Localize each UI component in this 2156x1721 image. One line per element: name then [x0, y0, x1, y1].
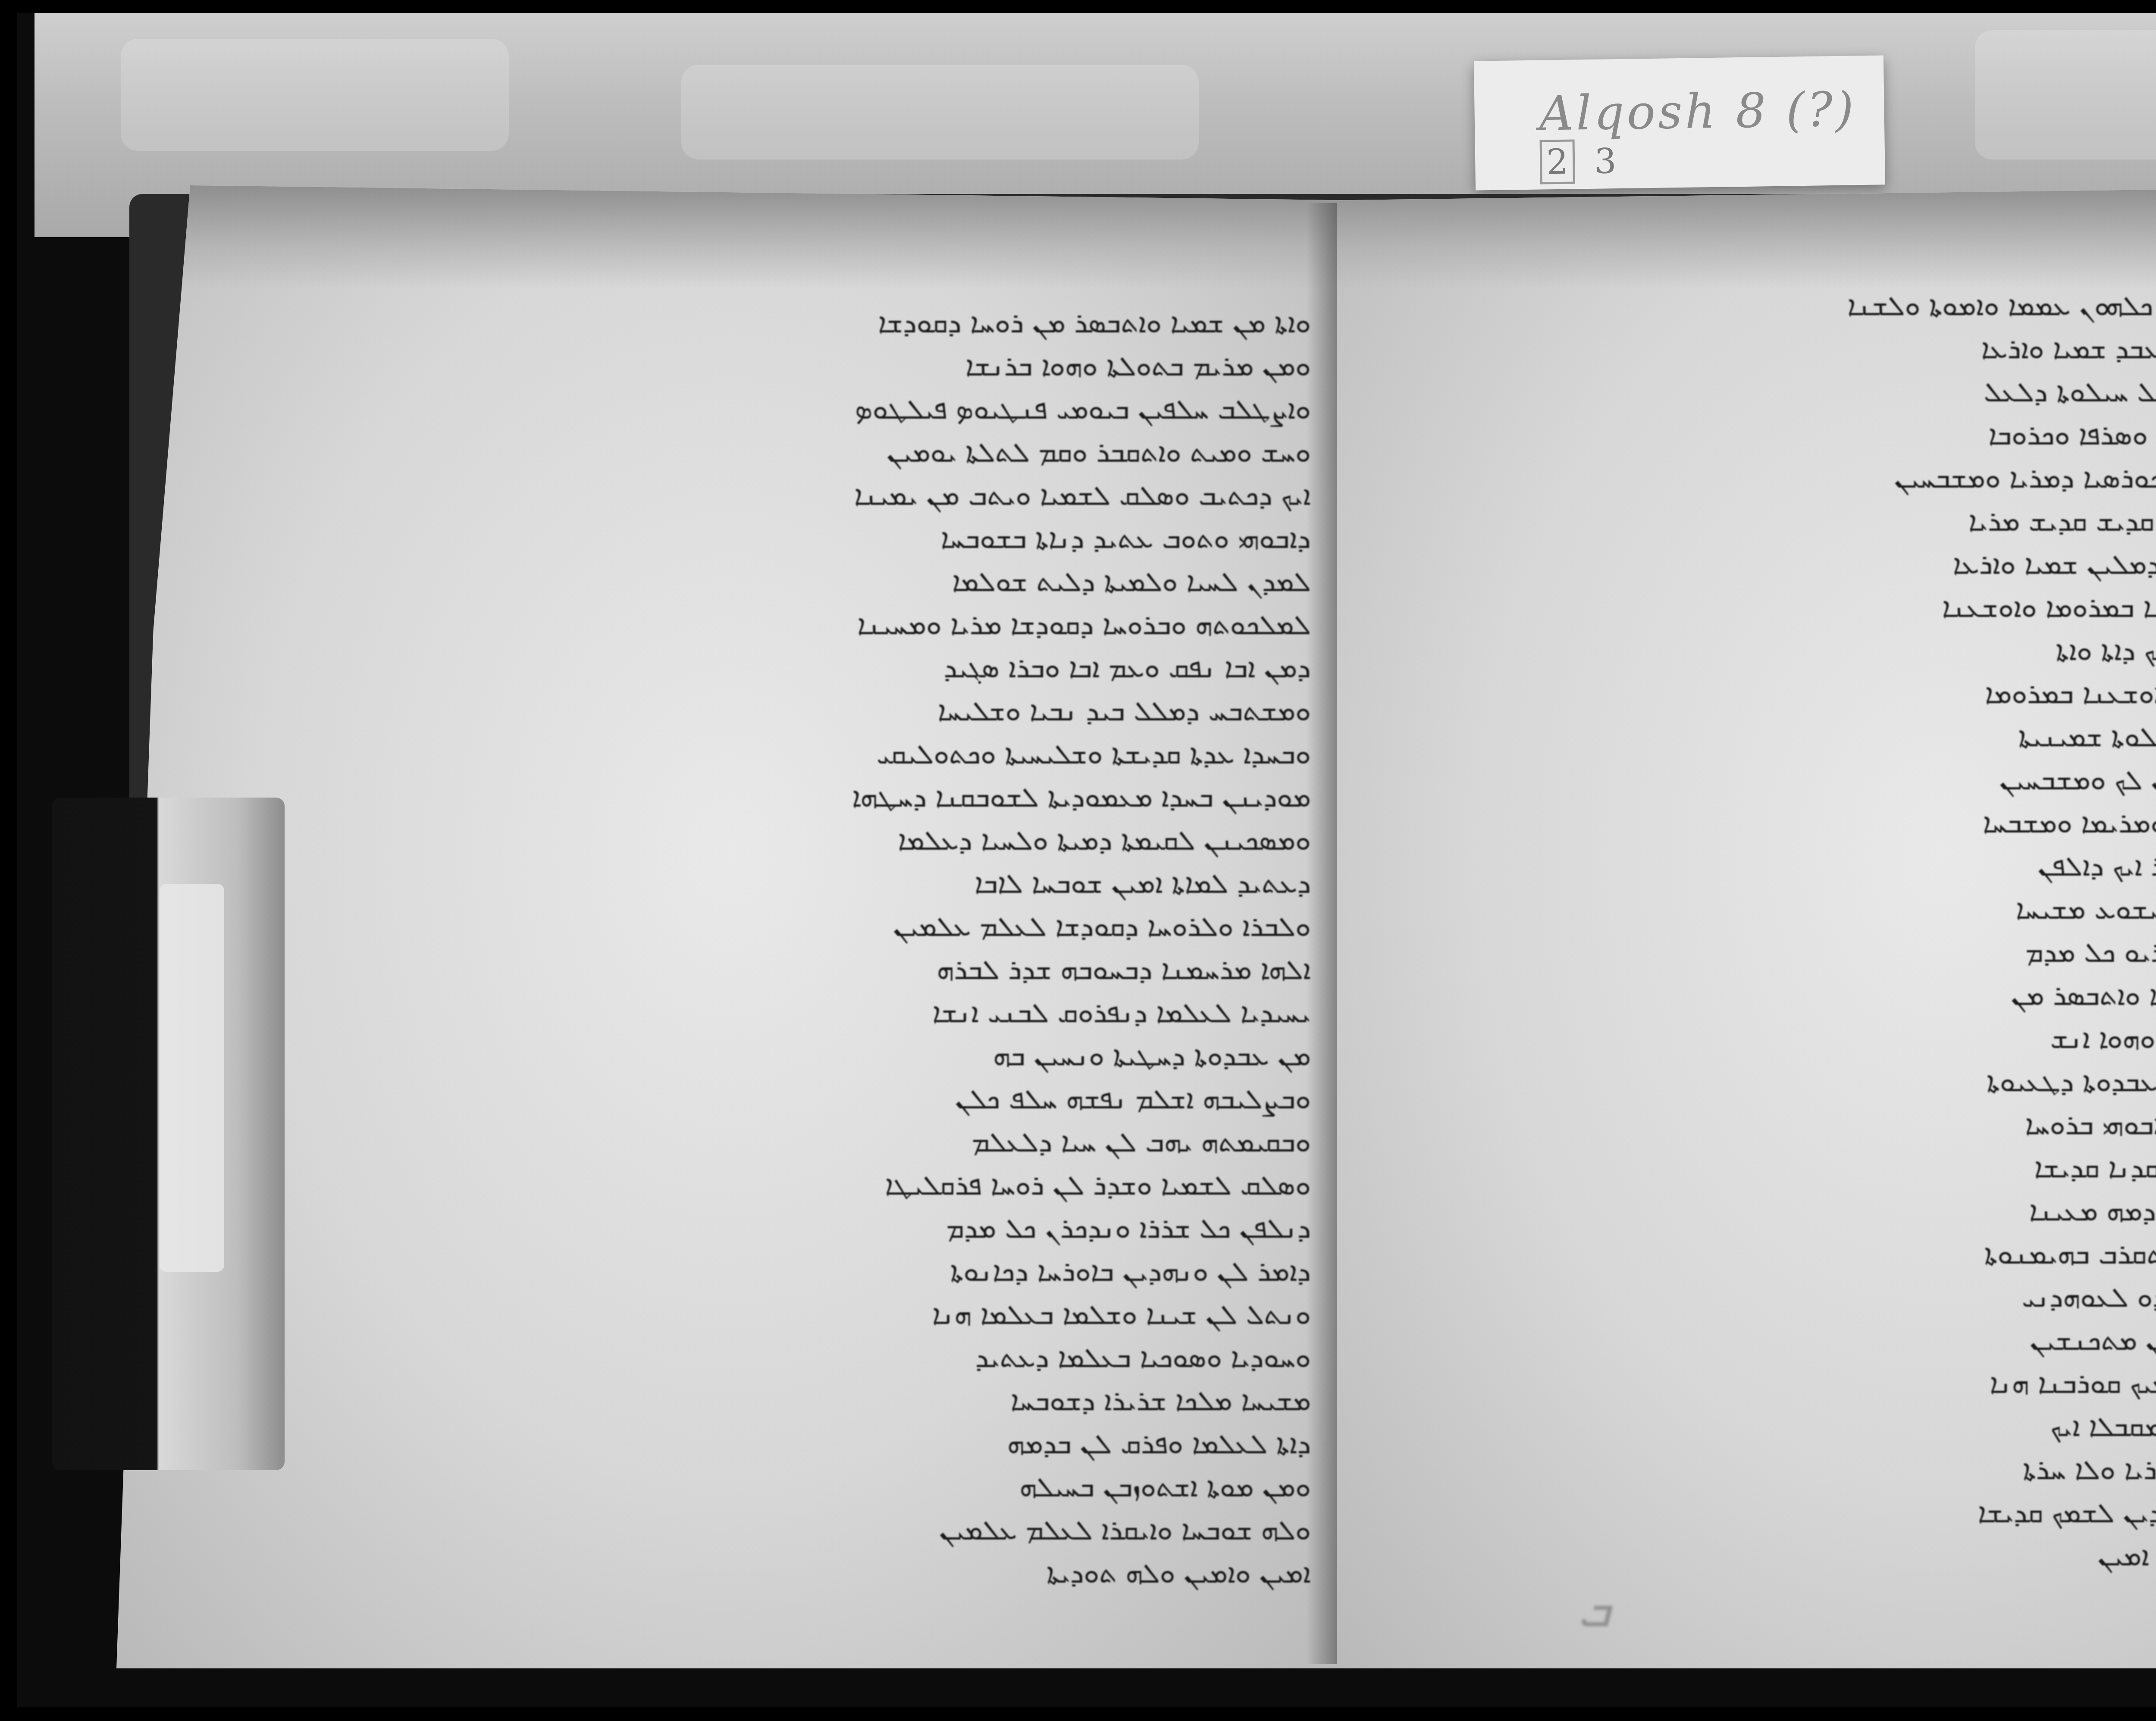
text-line: ܘܤܠܩ ܠܫܡܝܐ ܘܫܕܪ ܠܢ ܪܘܚܐ ܦܪܩܠܝܛܐ: [470, 1164, 1311, 1207]
text-line: ܒܫܡܗ ܕܡܪܝܐ ܐܘܫܥܢܐ ܒܡܪܘܡܐ: [1466, 673, 2156, 716]
text-line: ܘܡܢ ܡܘܬܐ ܐܫܬܘܙܒܢ ܒܚܝܠܗ: [470, 1466, 1311, 1509]
text-line: ܐܠܗܐ ܡܪܚܡܢܐ ܕܒܚܘܒܗ ܫܕܪ ܠܒܪܗ: [470, 948, 1311, 992]
left-page-text: ܘܐܬܐ ܡܢ ܫܡܝܐ ܘܐܬܒܣܪ ܡܢ ܪܘܚܐ ܕܩܘܕܫܐ ܘܡܢ ܡ…: [470, 302, 1311, 1595]
text-line: ܘܐܗܦܟܢ ܠܘܬ ܐܒܘܗܝ ܒܪܘܚܐ: [1466, 1104, 2156, 1147]
label-line-1: Alqosh 8 (?): [1539, 81, 1857, 141]
text-line: ܠܫܡܟ ܩܕܝܫܐ ܘܡܪܝܡܐ ܘܡܫܒܚܐ: [1466, 802, 2156, 845]
text-line: ܕܐܬܐ ܠܥܠܡܐ ܘܦܪܩ ܠܢ ܒܕܡܗ: [470, 1423, 1311, 1466]
text-line: ܘܡܤܟܝܢܢ ܠܩܝܡܬܐ ܕܡܝܬܐ ܘܠܚܝܐ ܕܥܠܡܐ: [470, 819, 1311, 862]
photo-frame: Alqosh 8 (?) 2 3 ܘܐܬܐ ܡܢ ܫܡܝܐ ܘܐܬܒܣܪ ܡܢ …: [17, 13, 2156, 1707]
wall-stone: [121, 39, 509, 151]
text-line: ܐܝܟ ܕܟܬܝܒ ܘܤܠܩ ܠܫܡܝܐ ܘܝܬܒ ܡܢ ܝܡܝܢܐ: [470, 474, 1311, 517]
text-line: ܘܥܝܪܐ ܘܩܕܝܫܐ ܘܤܪܦܐ ܘܟܪܘܒܐ: [1466, 414, 2156, 457]
text-line: ܘܡܫܒܚܝܢ ܠܗ ܟܠܗܘܢ ܥܡܡܐ ܘܐܡܘܬܐ ܘܠܫܢܐ: [1466, 285, 2156, 328]
text-line: ܕܥܬܝܕ ܠܡܐܬܐ ܐܡܝܢ ܫܘܒܚܐ ܠܐܒܐ: [470, 862, 1311, 905]
text-line: ܡܫܒܚܝܢ ܘܡܘܕܝܢ ܠܫܡܟ ܩܕܝܫܐ: [1466, 1492, 2156, 1535]
text-line: ܘܡܢ ܡܪܝܡ ܒܬܘܠܬܐ ܘܗܘܐ ܒܪܢܫܐ: [470, 345, 1311, 388]
text-line: ܕܡܢ ܐܒܐ ܢܦܩ ܘܥܡ ܐܒܐ ܘܒܪܐ ܤܓܝܕ: [470, 647, 1311, 690]
text-line: ܕܚܝܐ ܠܟܠ ܕܡܬܩܪܒ ܒܗܝܡܢܘܬܐ: [1466, 1233, 2156, 1276]
text-line: ܡܢ ܥܒܕܘܬܐ ܕܚܛܝܬܐ ܘܢܚܝܢ ܒܗ: [470, 1035, 1311, 1078]
text-line: ܘܚܘܕܝܐ ܘܤܘܟܝܐ ܒܥܠܡܐ ܕܥܬܝܕ: [470, 1336, 1311, 1380]
text-line: ܘܗܘ ܐܬܐ ܠܥܠܡܐ ܘܐܬܒܣܪ ܡܢ: [1466, 974, 2156, 1017]
text-line: ܕܐܡܪ ܠܢ ܘܢܗܕܝܢ ܒܐܘܪܚܐ ܕܟܐܢܘܬܐ: [470, 1250, 1311, 1293]
wall-stone: [1975, 30, 2156, 160]
text-line: ܘܐܬܐ ܡܢ ܫܡܝܐ ܘܐܬܒܣܪ ܡܢ ܪܘܚܐ ܕܩܘܕܫܐ: [470, 302, 1311, 345]
label-number: 3: [1594, 141, 1617, 181]
text-line: ܪܥܝܢܐ ܕܠܐ ܫܘܪܝܐ ܘܠܐ ܚܪܬܐ: [1466, 1449, 2156, 1492]
text-line: ܕܐܪܙܐ ܕܦܓܪܗ ܘܕܡܗ ܡܥܝܢܐ: [1466, 1190, 2156, 1233]
text-line: ܘܡܫܬܒܚ ܕܡܠܠ ܒܝܕ ܢܒܝܐ ܘܫܠܝܚܐ: [470, 690, 1311, 733]
text-line: ܘܡܩܪܒܝܢ ܩܕܡܝܟ ܩܘܪܒܢܐ ܗܢܐ: [1466, 1362, 2156, 1405]
text-line: ܘܒܩܝܡܬܗ ܝܗܒ ܠܢ ܚܝܐ ܕܠܥܠܡ: [470, 1121, 1311, 1164]
wall-stone: [681, 65, 1199, 160]
text-line: ܘܐܡܪܝܢ ܩܕܝܫ ܩܕܝܫ ܩܕܝܫ ܡܪܝܐ: [1466, 500, 2156, 543]
text-line: ܘܥܡ ܗܠܝܢ ܚܝܠܘܬܐ ܫܡܝܢܝܬܐ: [1466, 716, 2156, 759]
text-line: ܘܐܨܛܠܒ ܚܠܦܝܢ ܒܝܘܡܝ ܦܢܛܝܘܤ ܦܝܠܛܘܤ: [470, 388, 1311, 431]
text-line: ܕܐܒܘܗܝ ܘܬܘܒ ܥܬܝܕ ܕܢܐܬܐ ܒܫܘܒܚܐ: [470, 517, 1311, 560]
text-line: ܕܢܠܦܢ ܟܠ ܫܪܪܐ ܘܢܕܟܪܢ ܟܠ ܡܕܡ: [470, 1207, 1311, 1250]
catalog-label-card: Alqosh 8 (?) 2 3: [1474, 55, 1885, 190]
text-line: ܡܪܢ ܘܦܪܘܩܢ ܝܫܘܥ ܡܫܝܚܐ: [1466, 888, 2156, 931]
text-line: ܠܡܠܟܘܬܗ ܘܒܪܘܚܐ ܕܩܘܕܫܐ ܡܪܝܐ ܘܡܚܝܢܐ: [470, 604, 1311, 647]
text-line: ܕܩܝܡܝܢ ܩܕܡ ܟܘܪܤܝܐ ܕܡܪܝܐ ܘܡܫܒܚܝܢ: [1466, 457, 2156, 500]
text-line: ܐܡܝܢ ܘܐܡܝܢ ܘܠܗ ܬܘܕܝܬܐ: [470, 1552, 1311, 1595]
bottom-pencil-mark: ܒ: [1578, 1582, 1611, 1638]
text-line: ܘܐܡܪ ܗܢܐ ܥܒܕܘ ܠܥܘܗܕܢܝ: [1466, 1276, 2156, 1319]
text-line: ܕܒܐܝܕܘܗܝ ܐܬܒܪܝܘ ܟܠ ܡܕܡ: [1466, 931, 2156, 974]
text-line: ܐܠܗܐ ܚܝܠܬܢܐ ܕܡܠܝܢ ܫܡܝܐ ܘܐܪܥܐ: [1466, 543, 2156, 586]
text-line: ܠܒܪ ܕܘܝܕ ܒܪܝܟ ܕܐܬܐ ܘܐܬܐ: [1466, 629, 2156, 673]
label-boxed-number: 2: [1540, 139, 1575, 184]
right-manuscript-page: ܘܡܫܒܚܝܢ ܠܗ ܟܠܗܘܢ ܥܡܡܐ ܘܐܡܘܬܐ ܘܠܫܢܐ ܠܡܪܝܐ…: [1337, 185, 2156, 1668]
text-line: ܠܗ ܡܫܒܚܝܢ ܟܠ ܚܝܠܘܬܐ ܕܠܥܠ: [1466, 371, 2156, 414]
text-line: ܘܐܝܟ ܕܦܩܕ ܚܢܢ ܡܬܟܢܫܝܢ: [1466, 1319, 2156, 1362]
text-line: ܡܫܝܚܐ ܡܠܟܐ ܫܪܝܪܐ ܕܫܘܒܚܐ: [470, 1380, 1311, 1423]
text-line: ܘܚܫ ܘܡܝܬ ܘܐܬܩܒܪ ܘܩܡ ܠܬܠܬܐ ܝܘܡܝܢ: [470, 431, 1311, 474]
left-book-stack: [52, 798, 285, 1470]
text-line: ܘܦܪܩ ܠܢ ܡܢ ܥܒܕܘܬܐ ܕܛܥܝܘܬܐ: [1466, 1061, 2156, 1104]
text-line: ܡܪܝܡ ܒܬܘܠܬܐ ܘܗܘܐ ܐܢܫ: [1466, 1017, 2156, 1061]
text-line: ܡܘܕܝܢܢ ܒܚܕܐ ܡܥܡܘܕܝܬܐ ܠܫܘܒܩܢܐ ܕܚܛܗܐ: [470, 776, 1311, 819]
text-line: ܘܒܚܕܐ ܥܕܬܐ ܩܕܝܫܬܐ ܘܫܠܝܚܝܬܐ ܘܟܬܘܠܝܩܝ: [470, 733, 1311, 776]
label-line-2: 2 3: [1540, 141, 1617, 182]
text-line: ܠܡܕܢ ܠܚܝܐ ܘܠܡܝܬܐ ܕܠܝܬ ܫܘܠܡܐ: [470, 560, 1311, 604]
text-line: ܘܠܒܪܐ ܘܠܪܘܚܐ ܕܩܘܕܫܐ ܠܥܠܡ ܥܠܡܝܢ: [470, 905, 1311, 948]
text-line: ܘܐܫܠܡ ܠܢ ܦܘܩܕܢܐ ܩܕܝܫܐ: [1466, 1147, 2156, 1190]
text-line: ܠܥܠܡ ܥܠܡܝܢ ܐܡܝܢ: [1466, 1535, 2156, 1578]
text-line: ܐܦ ܚܢܢ ܡܘܕܝܢ ܠܟ ܘܡܫܒܚܝܢ: [1466, 759, 2156, 802]
text-line: ܫܘܒܚܗ ܐܘܫܥܢܐ ܒܡܪܘܡܐ ܘܐܘܫܥܢܐ: [1466, 586, 2156, 629]
text-line: ܘܠܗ ܫܘܒܚܐ ܘܐܝܩܪܐ ܠܥܠܡ ܥܠܡܝܢ: [470, 1509, 1311, 1552]
text-line: ܘܒܨܠܝܒܗ ܐܫܠܡ ܢܦܫܗ ܚܠܦ ܟܠܢ: [470, 1078, 1311, 1121]
text-line: ܚܝܐ ܘܩܕܝܫܐ ܘܡܩܒܠܐ ܐܝܟ: [1466, 1405, 2156, 1449]
paper-label-strip: [160, 884, 224, 1272]
water-stain: [116, 185, 1345, 289]
right-page-text: ܘܡܫܒܚܝܢ ܠܗ ܟܠܗܘܢ ܥܡܡܐ ܘܐܡܘܬܐ ܘܠܫܢܐ ܠܡܪܝܐ…: [1466, 285, 2156, 1578]
text-line: ܝܚܝܕܝܐ ܠܥܠܡܐ ܕܢܦܪܘܩ ܠܒܢܝ ܐܢܫܐ: [470, 992, 1311, 1035]
text-line: ܡܢ ܟܠ ܕܪ ܘܕܪ ܐܝܟ ܕܐܠܦܢ: [1466, 845, 2156, 888]
text-line: ܠܡܪܝܐ ܐܠܗܐ ܕܥܒܕ ܫܡܝܐ ܘܐܪܥܐ: [1466, 328, 2156, 371]
water-stain: [1337, 185, 2156, 289]
text-line: ܘܢܬܠ ܠܢ ܫܝܢܐ ܘܫܠܡܐ ܒܥܠܡܐ ܗܢܐ: [470, 1293, 1311, 1336]
left-manuscript-page: ܘܐܬܐ ܡܢ ܫܡܝܐ ܘܐܬܒܣܪ ܡܢ ܪܘܚܐ ܕܩܘܕܫܐ ܘܡܢ ܡ…: [116, 185, 1345, 1668]
